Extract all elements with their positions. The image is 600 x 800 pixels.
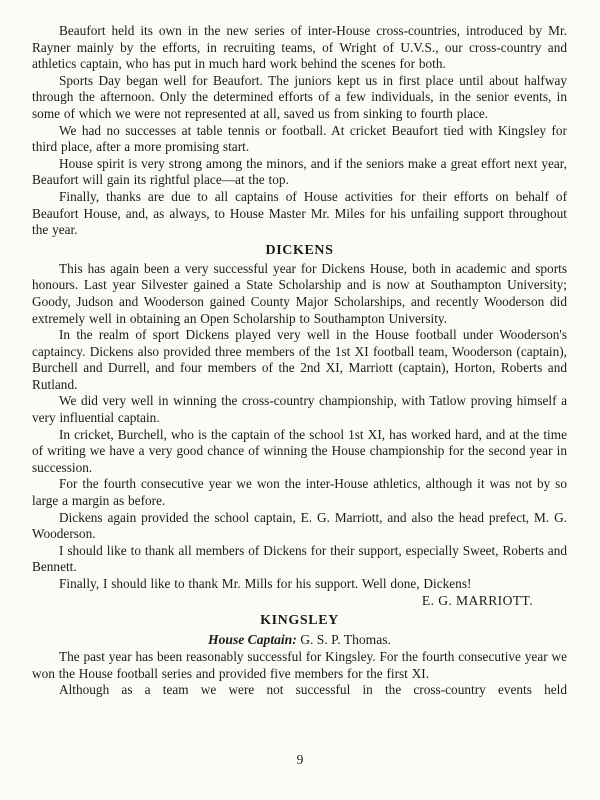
section-beaufort: Beaufort held its own in the new series …: [32, 23, 567, 239]
house-captain-label: House Captain:: [208, 632, 297, 647]
section-heading-kingsley: KINGSLEY: [32, 612, 567, 629]
page-number: 9: [0, 752, 600, 768]
paragraph: For the fourth consecutive year we won t…: [32, 476, 567, 509]
paragraph: Sports Day began well for Beaufort. The …: [32, 73, 567, 123]
page-content: Beaufort held its own in the new series …: [0, 0, 600, 699]
paragraph: I should like to thank all members of Di…: [32, 543, 567, 576]
paragraph: Finally, thanks are due to all captains …: [32, 189, 567, 239]
house-captain-line: House Captain: G. S. P. Thomas.: [32, 631, 567, 648]
paragraph: Beaufort held its own in the new series …: [32, 23, 567, 73]
house-captain-name: G. S. P. Thomas.: [300, 632, 391, 647]
signature-marriott: E. G. MARRIOTT.: [32, 593, 567, 610]
section-dickens: DICKENS This has again been a very succe…: [32, 242, 567, 609]
section-kingsley: KINGSLEY House Captain: G. S. P. Thomas.…: [32, 612, 567, 699]
paragraph: In cricket, Burchell, who is the captain…: [32, 427, 567, 477]
paragraph: We had no successes at table tennis or f…: [32, 123, 567, 156]
section-heading-dickens: DICKENS: [32, 242, 567, 259]
paragraph: In the realm of sport Dickens played ver…: [32, 327, 567, 393]
document-page: Beaufort held its own in the new series …: [0, 0, 600, 800]
paragraph: Dickens again provided the school captai…: [32, 510, 567, 543]
paragraph: Although as a team we were not successfu…: [32, 682, 567, 699]
paragraph: Finally, I should like to thank Mr. Mill…: [32, 576, 567, 593]
paragraph: The past year has been reasonably succes…: [32, 649, 567, 682]
paragraph: We did very well in winning the cross-co…: [32, 393, 567, 426]
paragraph: This has again been a very successful ye…: [32, 261, 567, 327]
paragraph: House spirit is very strong among the mi…: [32, 156, 567, 189]
